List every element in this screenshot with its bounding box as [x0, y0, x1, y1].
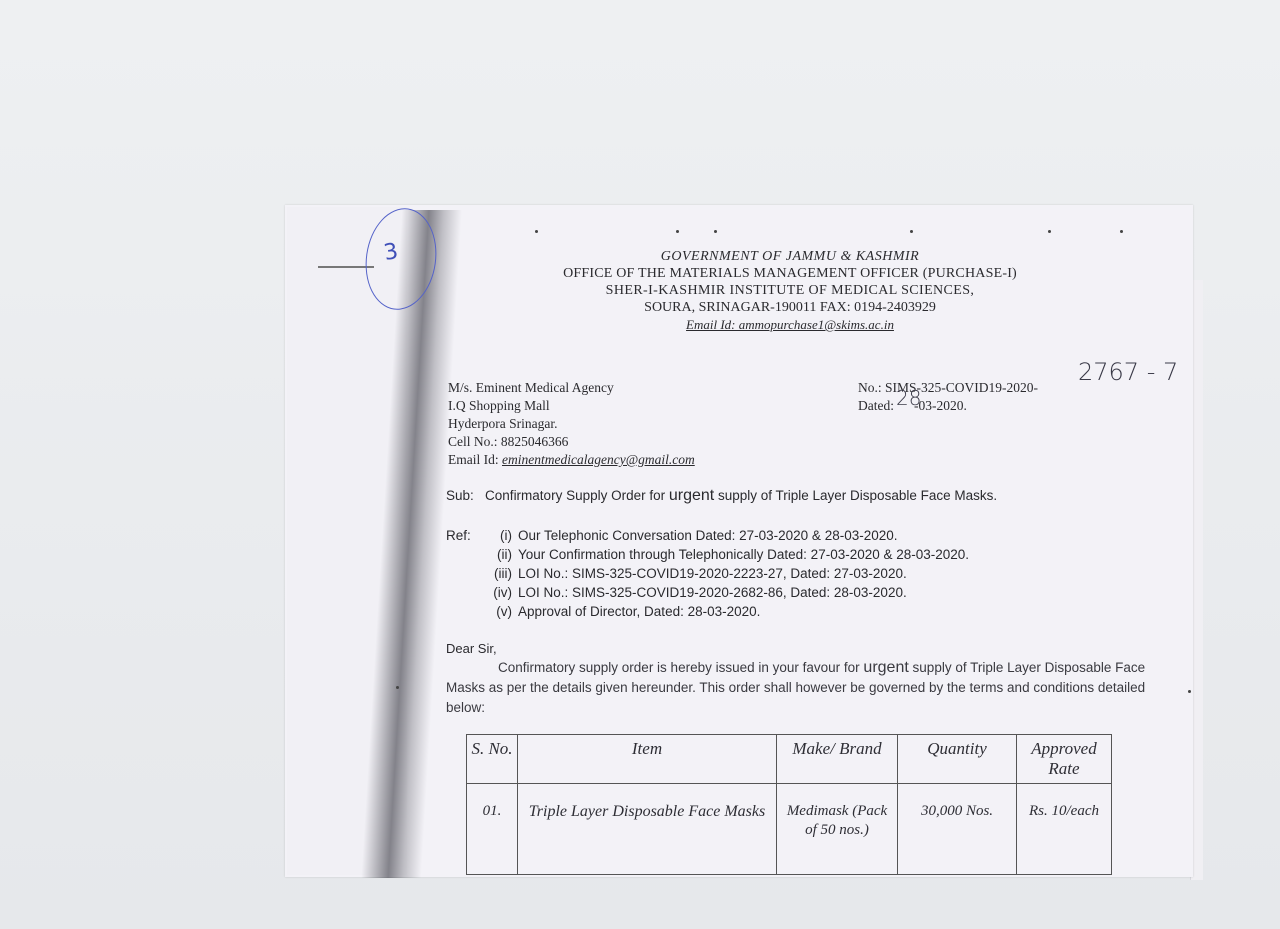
reference-item: (ii)Your Confirmation through Telephonic… — [446, 545, 969, 564]
reference-block: No.: SIMS-325-COVID19-2020- Dated:-03-20… — [858, 379, 1038, 415]
ref-number: (i) — [482, 526, 518, 545]
government-title: GOVERNMENT OF JAMMU & KASHMIR — [520, 248, 1060, 265]
header-item: Item — [518, 735, 777, 784]
scan-dot — [676, 230, 679, 233]
ref-spacer — [446, 545, 482, 564]
order-date: Dated:-03-2020. — [858, 397, 1038, 415]
handwritten-date: 28 — [896, 386, 921, 410]
scan-dot — [1188, 690, 1191, 693]
reference-item: (iv)LOI No.: SIMS-325-COVID19-2020-2682-… — [446, 583, 969, 602]
ref-spacer — [446, 564, 482, 583]
scan-dot — [1120, 230, 1123, 233]
cell-item: Triple Layer Disposable Face Masks — [518, 784, 777, 875]
order-table: S. No. Item Make/ Brand Quantity Approve… — [466, 734, 1112, 875]
ref-text: LOI No.: SIMS-325-COVID19-2020-2682-86, … — [518, 583, 907, 602]
recipient-name: M/s. Eminent Medical Agency — [448, 379, 695, 397]
body-highlight: urgent — [863, 659, 908, 676]
institute-email: Email Id: ammopurchase1@skims.ac.in — [520, 316, 1060, 333]
dated-label: Dated: — [858, 398, 894, 413]
reference-item: Ref:(i)Our Telephonic Conversation Dated… — [446, 526, 969, 545]
letterhead: GOVERNMENT OF JAMMU & KASHMIR OFFICE OF … — [520, 248, 1060, 333]
table-header-row: S. No. Item Make/ Brand Quantity Approve… — [467, 735, 1112, 784]
subject-line: Sub: Confirmatory Supply Order for urgen… — [446, 487, 997, 505]
ref-spacer — [446, 602, 482, 621]
cell-quantity: 30,000 Nos. — [898, 784, 1017, 875]
references: Ref:(i)Our Telephonic Conversation Dated… — [446, 526, 969, 621]
reference-item: (v)Approval of Director, Dated: 28-03-20… — [446, 602, 969, 621]
subject-label: Sub: — [446, 488, 474, 503]
ref-number: (iv) — [482, 583, 518, 602]
scan-dot — [910, 230, 913, 233]
recipient-cell: Cell No.: 8825046366 — [448, 433, 695, 451]
reference-item: (iii)LOI No.: SIMS-325-COVID19-2020-2223… — [446, 564, 969, 583]
ref-spacer — [446, 583, 482, 602]
order-number: No.: SIMS-325-COVID19-2020- — [858, 379, 1038, 397]
header-rate: Approved Rate — [1017, 735, 1112, 784]
dated-suffix: -03-2020. — [914, 398, 967, 413]
ref-text: Your Confirmation through Telephonically… — [518, 545, 969, 564]
ref-text: Our Telephonic Conversation Dated: 27-03… — [518, 526, 898, 545]
ref-text: LOI No.: SIMS-325-COVID19-2020-2223-27, … — [518, 564, 907, 583]
handwritten-order-number: 2767 - 7 — [1078, 358, 1178, 386]
recipient-line2: Hyderpora Srinagar. — [448, 415, 695, 433]
email-label: Email Id: — [448, 452, 502, 467]
cell-rate: Rs. 10/each — [1017, 784, 1112, 875]
ref-number: (v) — [482, 602, 518, 621]
ref-text: Approval of Director, Dated: 28-03-2020. — [518, 602, 760, 621]
subject-highlight: urgent — [669, 487, 714, 504]
scan-dot — [714, 230, 717, 233]
subject-text-1: Confirmatory Supply Order for — [485, 488, 669, 503]
subject-text-2: supply of Triple Layer Disposable Face M… — [714, 488, 997, 503]
institute-name: SHER-I-KASHMIR INSTITUTE OF MEDICAL SCIE… — [520, 282, 1060, 299]
header-sno: S. No. — [467, 735, 518, 784]
salutation: Dear Sir, — [446, 641, 497, 656]
ref-number: (iii) — [482, 564, 518, 583]
scan-dot — [396, 686, 399, 689]
recipient-email-row: Email Id: eminentmedicalagency@gmail.com — [448, 451, 695, 469]
body-text-1: Confirmatory supply order is hereby issu… — [498, 660, 863, 675]
table-row: 01. Triple Layer Disposable Face Masks M… — [467, 784, 1112, 875]
body-paragraph: Confirmatory supply order is hereby issu… — [446, 658, 1146, 718]
scan-dot — [535, 230, 538, 233]
recipient-address: M/s. Eminent Medical Agency I.Q Shopping… — [448, 379, 695, 469]
office-title: OFFICE OF THE MATERIALS MANAGEMENT OFFIC… — [520, 265, 1060, 282]
ref-number: (ii) — [482, 545, 518, 564]
institute-address: SOURA, SRINAGAR-190011 FAX: 0194-2403929 — [520, 299, 1060, 316]
recipient-line1: I.Q Shopping Mall — [448, 397, 695, 415]
scan-dot — [1048, 230, 1051, 233]
ref-label: Ref: — [446, 526, 482, 545]
cell-sno: 01. — [467, 784, 518, 875]
header-quantity: Quantity — [898, 735, 1017, 784]
recipient-email: eminentmedicalagency@gmail.com — [502, 452, 695, 467]
header-brand: Make/ Brand — [777, 735, 898, 784]
cell-brand: Medimask (Pack of 50 nos.) — [777, 784, 898, 875]
